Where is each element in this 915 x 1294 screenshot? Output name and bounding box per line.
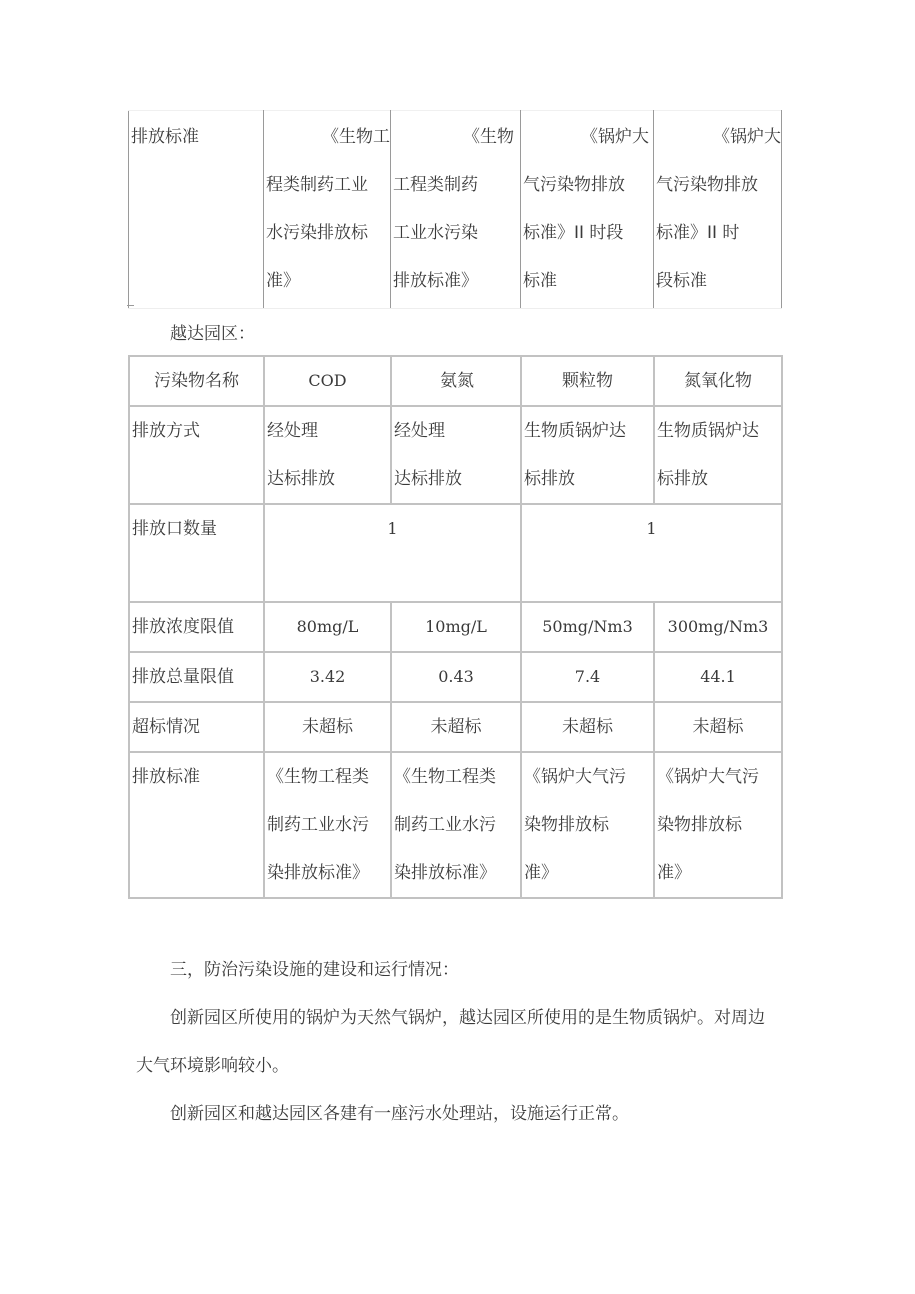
header-particulate: 颗粒物 <box>521 356 654 406</box>
header-cod: COD <box>264 356 391 406</box>
cell: 3.42 <box>264 652 391 702</box>
cell: 生物质锅炉达 标排放 <box>521 406 654 504</box>
table-row-emission-standard: 排放标准 《生物工 程类制药工业 水污染排放标 准》 《生物 工程类制药 工业水… <box>129 111 782 309</box>
section-3-heading: 三，防治污染设施的建设和运行情况： <box>170 946 459 994</box>
cell: 《锅炉大气污 染物排放标 准》 <box>521 752 654 898</box>
cell: 生物质锅炉达 标排放 <box>654 406 782 504</box>
header-ammonia: 氨氮 <box>391 356 521 406</box>
cell: 未超标 <box>654 702 782 752</box>
row-label: 排放标准 <box>129 752 264 898</box>
row-label: 排放总量限值 <box>129 652 264 702</box>
yueda-emissions-table: 污染物名称 COD 氨氮 颗粒物 氮氧化物 排放方式 经处理 达标排放 经处理 … <box>128 355 783 899</box>
cell: 10mg/L <box>391 602 521 652</box>
document-page: 排放标准 《生物工 程类制药工业 水污染排放标 准》 《生物 工程类制药 工业水… <box>0 0 915 1294</box>
standard-cell-nox: 《锅炉大 气污染物排放 标准》II 时 段标准 <box>654 111 782 309</box>
yueda-park-label: 越达园区： <box>170 310 255 358</box>
header-pollutant-name: 污染物名称 <box>129 356 264 406</box>
cell: 80mg/L <box>264 602 391 652</box>
row-label: 排放口数量 <box>129 504 264 602</box>
cell: 未超标 <box>264 702 391 752</box>
table-corner-mark <box>127 305 134 306</box>
cell: 经处理 达标排放 <box>391 406 521 504</box>
standard-cell-cod: 《生物工 程类制药工业 水污染排放标 准》 <box>264 111 391 309</box>
table-row-discharge-mode: 排放方式 经处理 达标排放 经处理 达标排放 生物质锅炉达 标排放 生物质锅炉达… <box>129 406 782 504</box>
table-row-concentration-limit: 排放浓度限值 80mg/L 10mg/L 50mg/Nm3 300mg/Nm3 <box>129 602 782 652</box>
row-label: 超标情况 <box>129 702 264 752</box>
cell: 7.4 <box>521 652 654 702</box>
table-row-emission-standard: 排放标准 《生物工程类 制药工业水污 染排放标准》 《生物工程类 制药工业水污 … <box>129 752 782 898</box>
section-3-paragraph-wastewater: 创新园区和越达园区各建有一座污水处理站，设施运行正常。 <box>170 1090 629 1138</box>
section-3-paragraph-boilers: 创新园区所使用的锅炉为天然气锅炉，越达园区所使用的是生物质锅炉。对周边大气环境影… <box>136 994 776 1090</box>
row-label: 排放方式 <box>129 406 264 504</box>
standard-cell-ammonia: 《生物 工程类制药 工业水污染 排放标准》 <box>391 111 521 309</box>
cell: 0.43 <box>391 652 521 702</box>
cell: 未超标 <box>521 702 654 752</box>
table-header-row: 污染物名称 COD 氨氮 颗粒物 氮氧化物 <box>129 356 782 406</box>
cell: 50mg/Nm3 <box>521 602 654 652</box>
header-nox: 氮氧化物 <box>654 356 782 406</box>
cell: 未超标 <box>391 702 521 752</box>
air-outlet-count: 1 <box>521 504 782 602</box>
cell: 44.1 <box>654 652 782 702</box>
row-label: 排放标准 <box>129 111 264 309</box>
table-row-outlet-count: 排放口数量 1 1 <box>129 504 782 602</box>
cell: 《锅炉大气污 染物排放标 准》 <box>654 752 782 898</box>
cell: 《生物工程类 制药工业水污 染排放标准》 <box>264 752 391 898</box>
row-label: 排放浓度限值 <box>129 602 264 652</box>
water-outlet-count: 1 <box>264 504 521 602</box>
cell: 300mg/Nm3 <box>654 602 782 652</box>
chuangxin-emissions-table-fragment: 排放标准 《生物工 程类制药工业 水污染排放标 准》 《生物 工程类制药 工业水… <box>128 110 782 309</box>
table-row-total-limit: 排放总量限值 3.42 0.43 7.4 44.1 <box>129 652 782 702</box>
cell: 经处理 达标排放 <box>264 406 391 504</box>
standard-cell-particulate: 《锅炉大 气污染物排放 标准》II 时段 标准 <box>521 111 654 309</box>
cell: 《生物工程类 制药工业水污 染排放标准》 <box>391 752 521 898</box>
table-row-exceedance: 超标情况 未超标 未超标 未超标 未超标 <box>129 702 782 752</box>
